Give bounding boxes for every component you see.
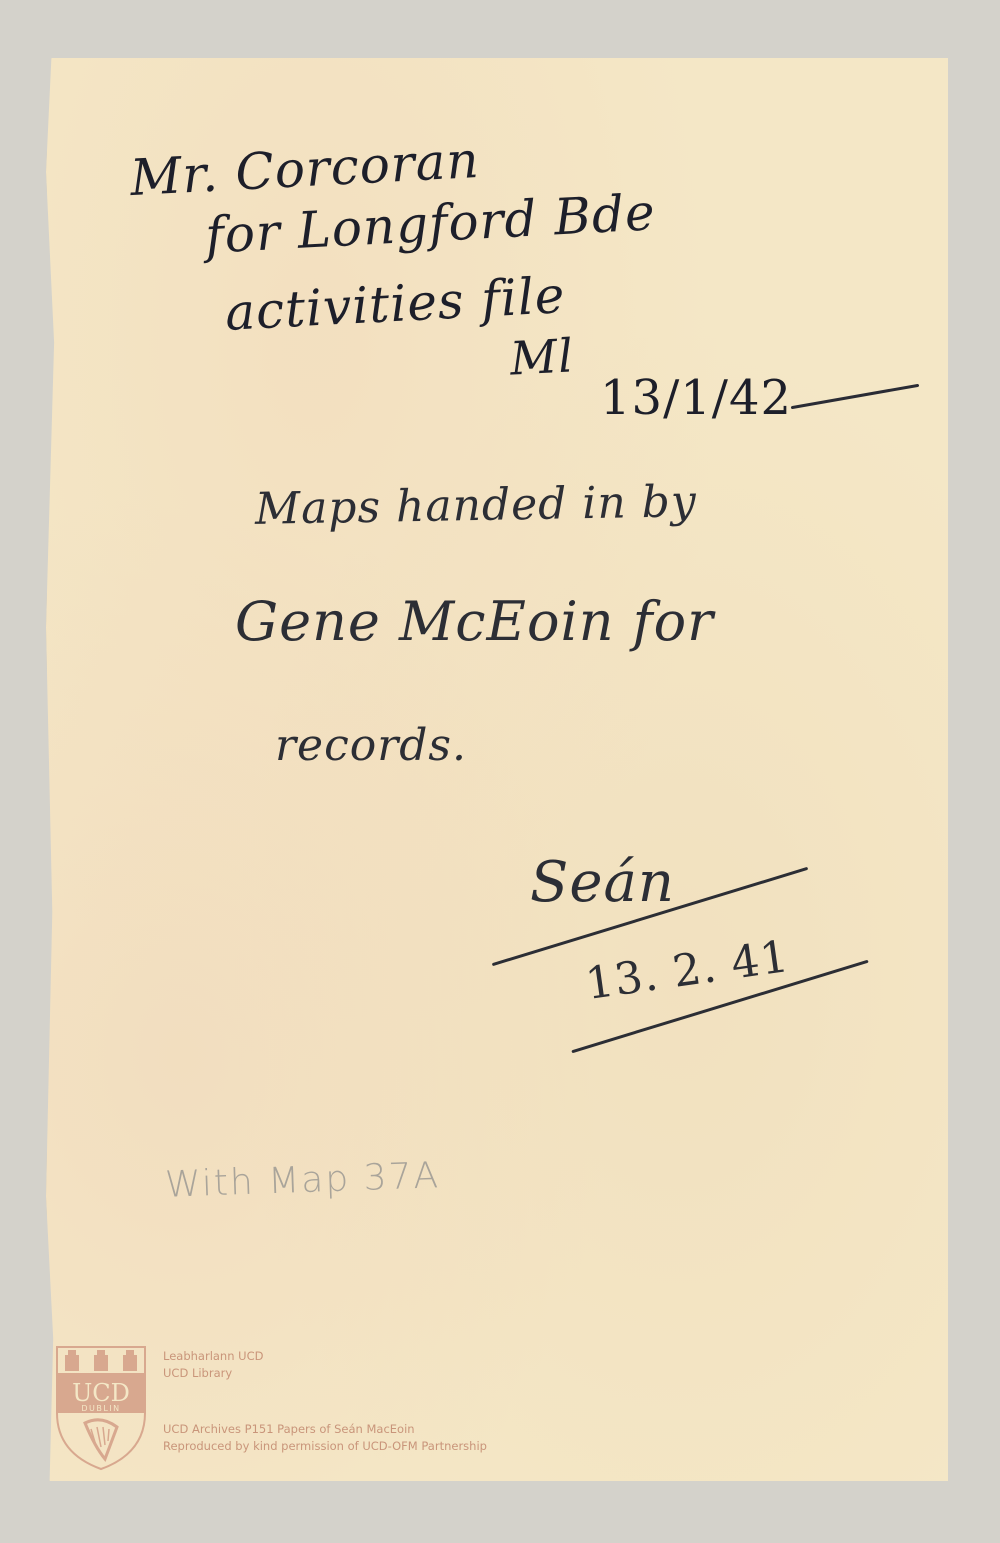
note-line-2: Gene McEoin for: [235, 590, 714, 653]
initials: Ml: [509, 328, 576, 385]
note-line-1: Maps handed in by: [255, 476, 698, 535]
signature: Seán: [530, 850, 675, 915]
library-name: Leabharlann UCD UCD Library: [163, 1348, 263, 1382]
svg-text:DUBLIN: DUBLIN: [81, 1404, 120, 1413]
svg-text:UCD: UCD: [72, 1379, 130, 1407]
note-line-3: records.: [275, 720, 467, 771]
ucd-watermark: UCD DUBLIN Leabharlann UCD UCD Library U…: [55, 1343, 535, 1473]
note-date: 13/1/42: [600, 370, 792, 426]
ucd-crest-icon: UCD DUBLIN: [55, 1343, 147, 1471]
archive-credit: UCD Archives P151 Papers of Seán MacEoin…: [163, 1421, 487, 1455]
